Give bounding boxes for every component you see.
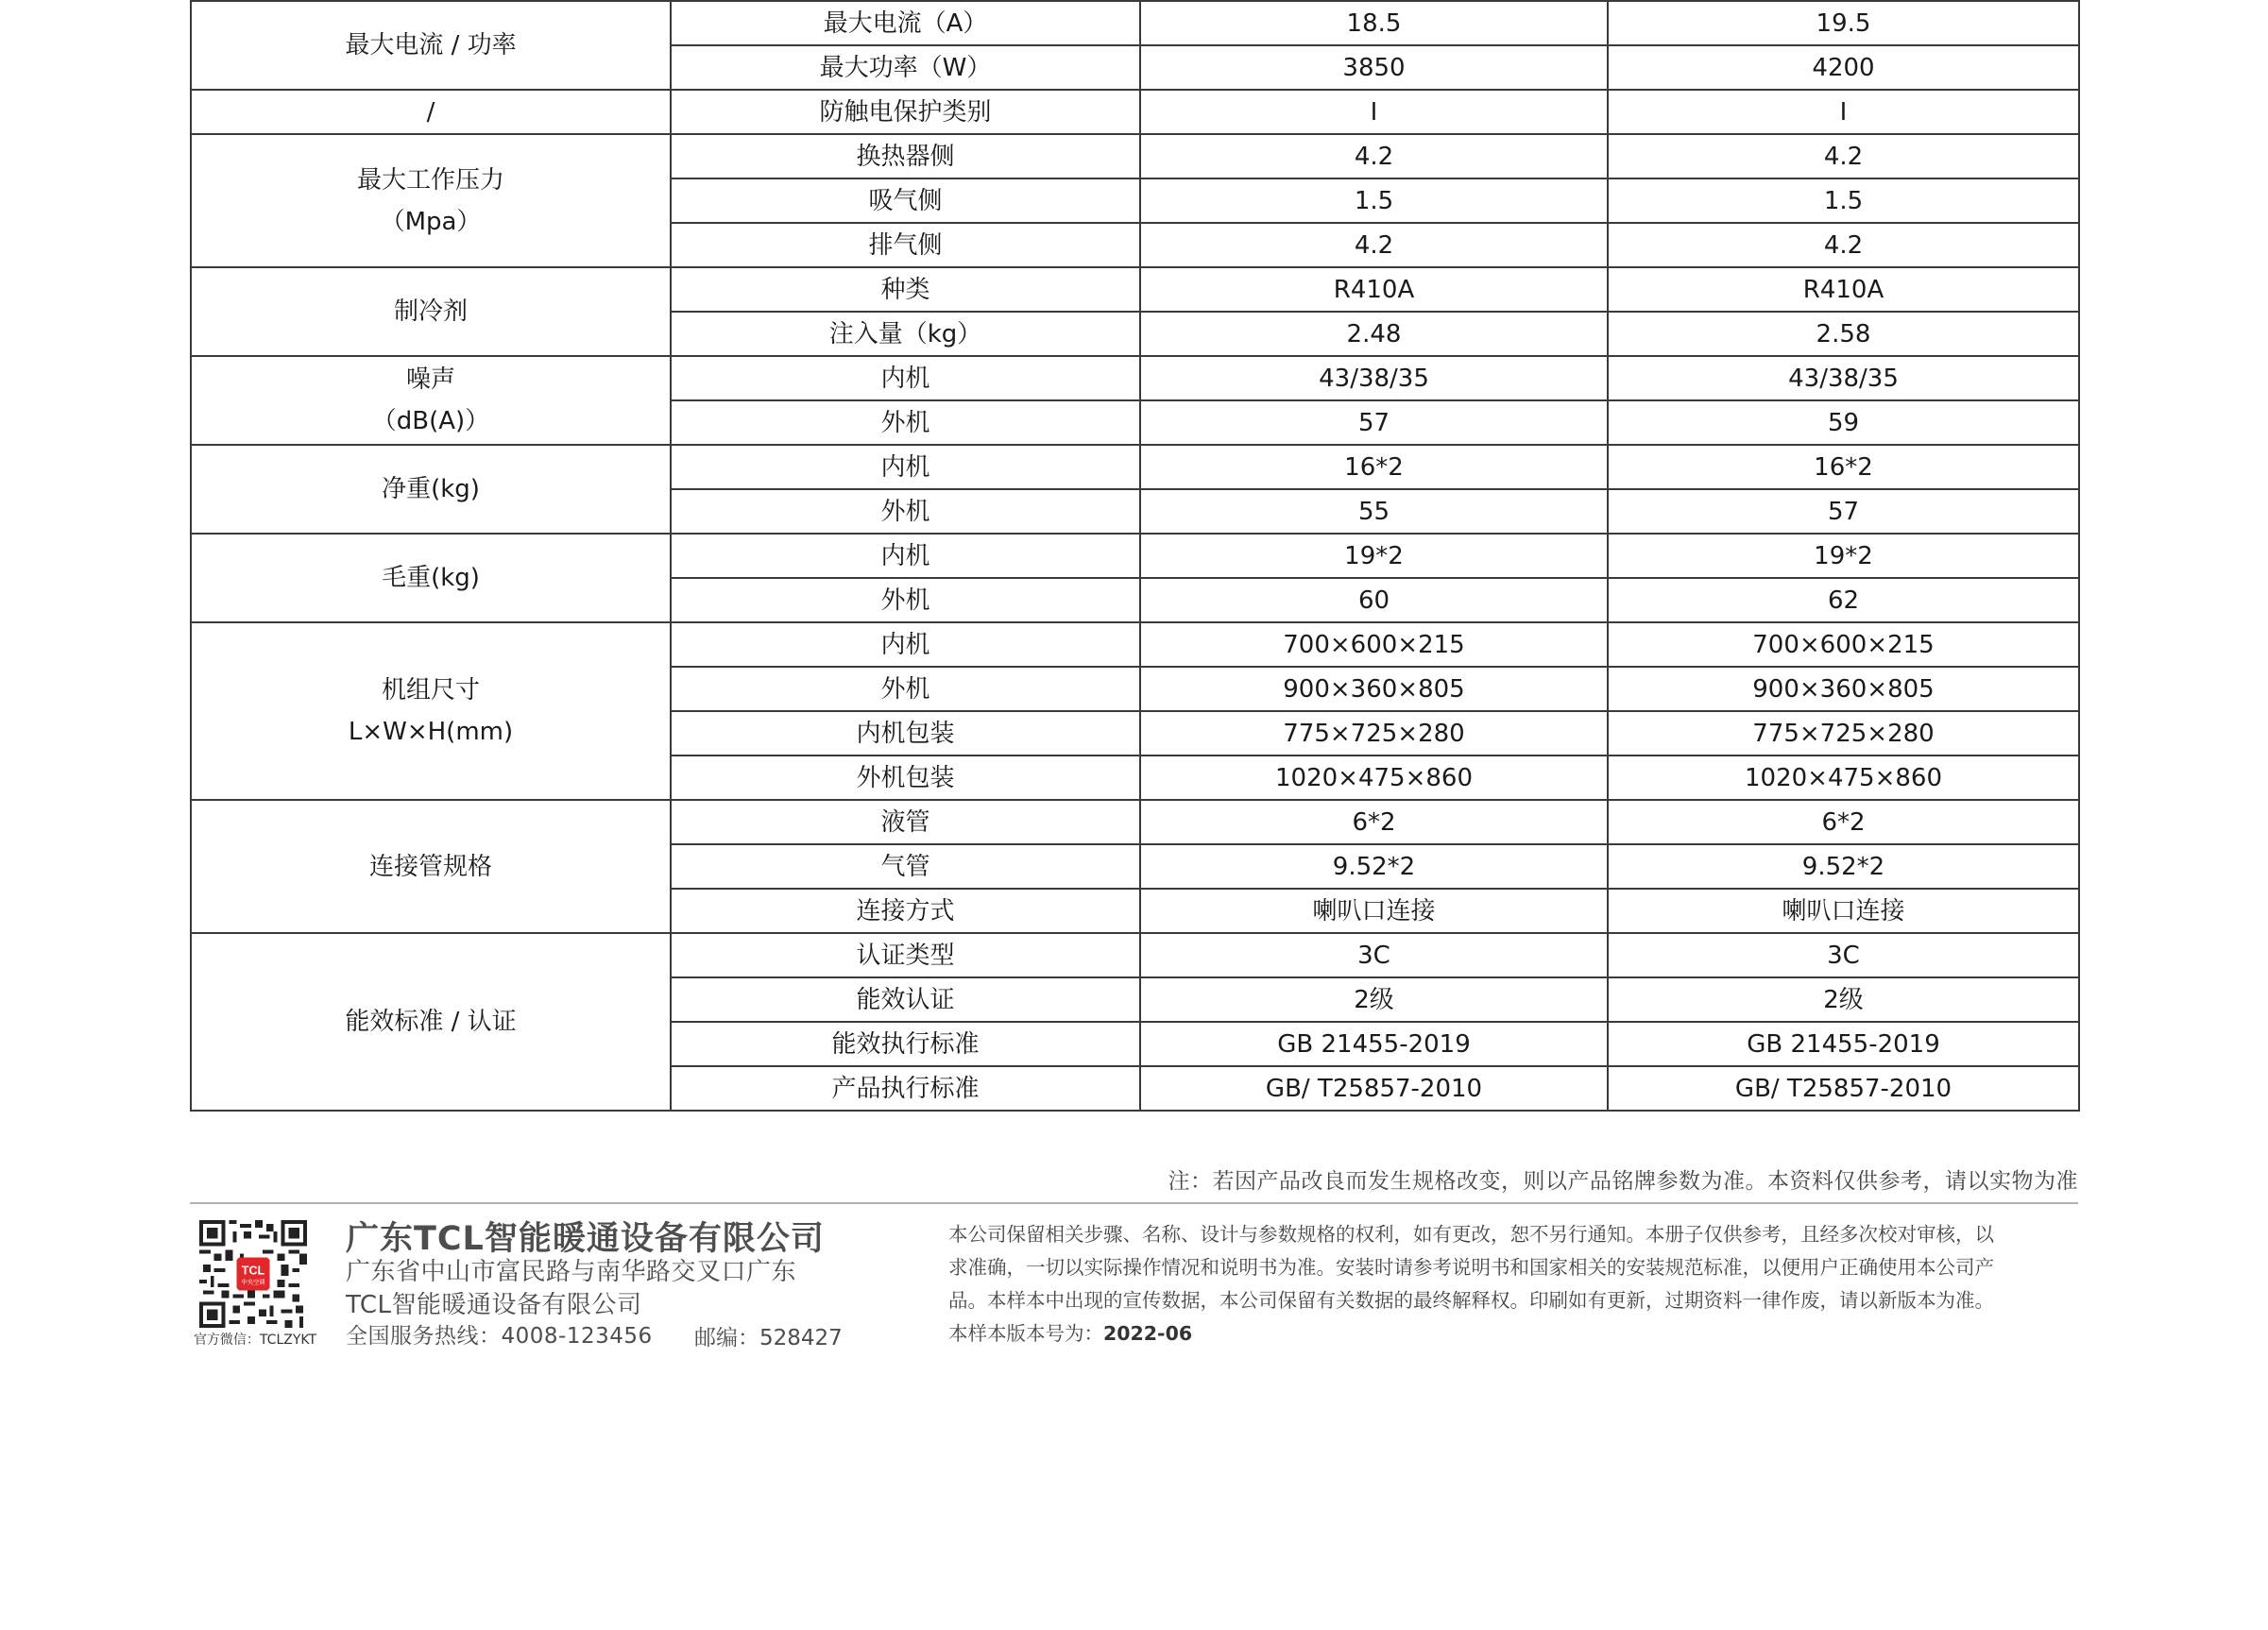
footer-disclaimer: 本公司保留相关步骤、名称、设计与参数规格的权利，如有更改，恕不另行通知。本册子仅…: [948, 1218, 2082, 1350]
group-label-line2: （dB(A)）: [192, 400, 670, 442]
model-2-value: 4.2: [1608, 223, 2079, 267]
group-label-line2: L×W×H(mm): [192, 711, 670, 753]
model-1-value: 16*2: [1140, 445, 1608, 489]
model-1-value: 775×725×280: [1140, 711, 1608, 756]
item-label: 外机包装: [671, 756, 1140, 800]
model-2-value: 1.5: [1608, 178, 2079, 223]
item-label: 外机: [671, 667, 1140, 711]
model-1-value: 43/38/35: [1140, 356, 1608, 400]
model-2-value: 775×725×280: [1608, 711, 2079, 756]
model-2-value: 喇叭口连接: [1608, 889, 2079, 933]
model-1-value: 2级: [1140, 977, 1608, 1022]
model-1-value: 4.2: [1140, 223, 1608, 267]
group-label: 能效标准 / 认证: [191, 933, 671, 1111]
model-2-value: 57: [1608, 489, 2079, 534]
model-2-value: 700×600×215: [1608, 622, 2079, 667]
svg-text:TCL: TCL: [242, 1264, 265, 1277]
item-label: 最大功率（W）: [671, 45, 1140, 90]
model-2-value: 2.58: [1608, 312, 2079, 356]
table-row: 毛重(kg) 内机 19*2 19*2: [191, 534, 2079, 578]
model-2-value: R410A: [1608, 267, 2079, 312]
model-2-value: 6*2: [1608, 800, 2079, 844]
item-label: 防触电保护类别: [671, 90, 1140, 134]
item-label: 内机: [671, 534, 1140, 578]
model-1-value: 1.5: [1140, 178, 1608, 223]
group-label: /: [191, 90, 671, 134]
model-1-value: 2.48: [1140, 312, 1608, 356]
model-1-value: 57: [1140, 400, 1608, 445]
group-label: 制冷剂: [191, 267, 671, 356]
group-label: 最大工作压力 （Mpa）: [191, 134, 671, 267]
disclaimer-line: 品。本样本中出现的宣传数据，本公司保留有关数据的最终解释权。印刷如有更新，过期资…: [948, 1284, 2082, 1317]
wechat-qr-code-icon: TCL 中央空调: [198, 1220, 308, 1328]
table-row: 机组尺寸 L×W×H(mm) 内机 700×600×215 700×600×21…: [191, 622, 2079, 667]
table-row: 净重(kg) 内机 16*2 16*2: [191, 445, 2079, 489]
model-1-value: 1020×475×860: [1140, 756, 1608, 800]
model-2-value: 19.5: [1608, 1, 2079, 45]
item-label: 排气侧: [671, 223, 1140, 267]
item-label: 能效认证: [671, 977, 1140, 1022]
model-2-value: GB 21455-2019: [1608, 1022, 2079, 1066]
item-label: 气管: [671, 844, 1140, 889]
model-2-value: 4.2: [1608, 134, 2079, 178]
model-1-value: 18.5: [1140, 1, 1608, 45]
version-number: 2022-06: [1103, 1322, 1192, 1345]
item-label: 外机: [671, 489, 1140, 534]
model-2-value: 16*2: [1608, 445, 2079, 489]
item-label: 外机: [671, 578, 1140, 622]
item-label: 外机: [671, 400, 1140, 445]
group-label: 毛重(kg): [191, 534, 671, 622]
model-1-value: 700×600×215: [1140, 622, 1608, 667]
model-2-value: GB/ T25857-2010: [1608, 1066, 2079, 1111]
model-1-value: R410A: [1140, 267, 1608, 312]
postcode: 邮编：528427: [694, 1320, 843, 1351]
table-row: 噪声 （dB(A)） 内机 43/38/35 43/38/35: [191, 356, 2079, 400]
item-label: 产品执行标准: [671, 1066, 1140, 1111]
company-address-line1: 广东省中山市富民路与南华路交叉口广东: [346, 1252, 796, 1287]
model-1-value: 55: [1140, 489, 1608, 534]
item-label: 能效执行标准: [671, 1022, 1140, 1066]
group-label-line1: 最大工作压力: [192, 160, 670, 201]
table-row: 制冷剂 种类 R410A R410A: [191, 267, 2079, 312]
group-label: 净重(kg): [191, 445, 671, 534]
item-label: 吸气侧: [671, 178, 1140, 223]
model-2-value: 2级: [1608, 977, 2079, 1022]
version-line: 本样本版本号为：2022-06: [948, 1317, 2082, 1350]
disclaimer-line: 求准确，一切以实际操作情况和说明书为准。安装时请参考说明书和国家相关的安装规范标…: [948, 1251, 2082, 1284]
group-label: 机组尺寸 L×W×H(mm): [191, 622, 671, 800]
model-2-value: 62: [1608, 578, 2079, 622]
model-2-value: 4200: [1608, 45, 2079, 90]
footer-divider: [190, 1202, 2078, 1204]
item-label: 内机: [671, 356, 1140, 400]
group-label-line1: 机组尺寸: [192, 670, 670, 711]
table-row: 连接管规格 液管 6*2 6*2: [191, 800, 2079, 844]
group-label: 最大电流 / 功率: [191, 1, 671, 90]
item-label: 种类: [671, 267, 1140, 312]
model-2-value: 900×360×805: [1608, 667, 2079, 711]
model-1-value: 19*2: [1140, 534, 1608, 578]
table-row: 能效标准 / 认证 认证类型 3C 3C: [191, 933, 2079, 977]
model-1-value: GB 21455-2019: [1140, 1022, 1608, 1066]
model-1-value: 60: [1140, 578, 1608, 622]
model-2-value: 19*2: [1608, 534, 2079, 578]
model-2-value: I: [1608, 90, 2079, 134]
item-label: 内机: [671, 622, 1140, 667]
table-row: 最大工作压力 （Mpa） 换热器侧 4.2 4.2: [191, 134, 2079, 178]
spec-disclaimer-note: 注：若因产品改良而发生规格改变，则以产品铭牌参数为准。本资料仅供参考，请以实物为…: [1168, 1163, 2079, 1195]
table-row: / 防触电保护类别 I I: [191, 90, 2079, 134]
group-label: 连接管规格: [191, 800, 671, 933]
model-1-value: 4.2: [1140, 134, 1608, 178]
item-label: 注入量（kg）: [671, 312, 1140, 356]
group-label: 噪声 （dB(A)）: [191, 356, 671, 445]
model-2-value: 43/38/35: [1608, 356, 2079, 400]
model-1-value: 喇叭口连接: [1140, 889, 1608, 933]
group-label-line1: 噪声: [192, 359, 670, 400]
service-hotline: 全国服务热线：4008-123456: [346, 1318, 653, 1350]
svg-text:中央空调: 中央空调: [241, 1278, 264, 1286]
model-1-value: GB/ T25857-2010: [1140, 1066, 1608, 1111]
item-label: 换热器侧: [671, 134, 1140, 178]
qr-caption: 官方微信：TCLZYKT: [189, 1330, 321, 1349]
group-label-line2: （Mpa）: [192, 201, 670, 243]
model-2-value: 3C: [1608, 933, 2079, 977]
model-1-value: 9.52*2: [1140, 844, 1608, 889]
model-1-value: 3850: [1140, 45, 1608, 90]
model-1-value: I: [1140, 90, 1608, 134]
model-1-value: 3C: [1140, 933, 1608, 977]
item-label: 内机包装: [671, 711, 1140, 756]
model-1-value: 6*2: [1140, 800, 1608, 844]
item-label: 连接方式: [671, 889, 1140, 933]
item-label: 最大电流（A）: [671, 1, 1140, 45]
item-label: 认证类型: [671, 933, 1140, 977]
model-1-value: 900×360×805: [1140, 667, 1608, 711]
company-address-line2: TCL智能暖通设备有限公司: [346, 1285, 642, 1320]
table-row: 最大电流 / 功率 最大电流（A） 18.5 19.5: [191, 1, 2079, 45]
model-2-value: 9.52*2: [1608, 844, 2079, 889]
item-label: 内机: [671, 445, 1140, 489]
version-label: 本样本版本号为：: [948, 1322, 1103, 1345]
item-label: 液管: [671, 800, 1140, 844]
disclaimer-line: 本公司保留相关步骤、名称、设计与参数规格的权利，如有更改，恕不另行通知。本册子仅…: [948, 1218, 2082, 1251]
model-2-value: 1020×475×860: [1608, 756, 2079, 800]
spec-table: 最大电流 / 功率 最大电流（A） 18.5 19.5 最大功率（W） 3850…: [190, 0, 2080, 1112]
model-2-value: 59: [1608, 400, 2079, 445]
